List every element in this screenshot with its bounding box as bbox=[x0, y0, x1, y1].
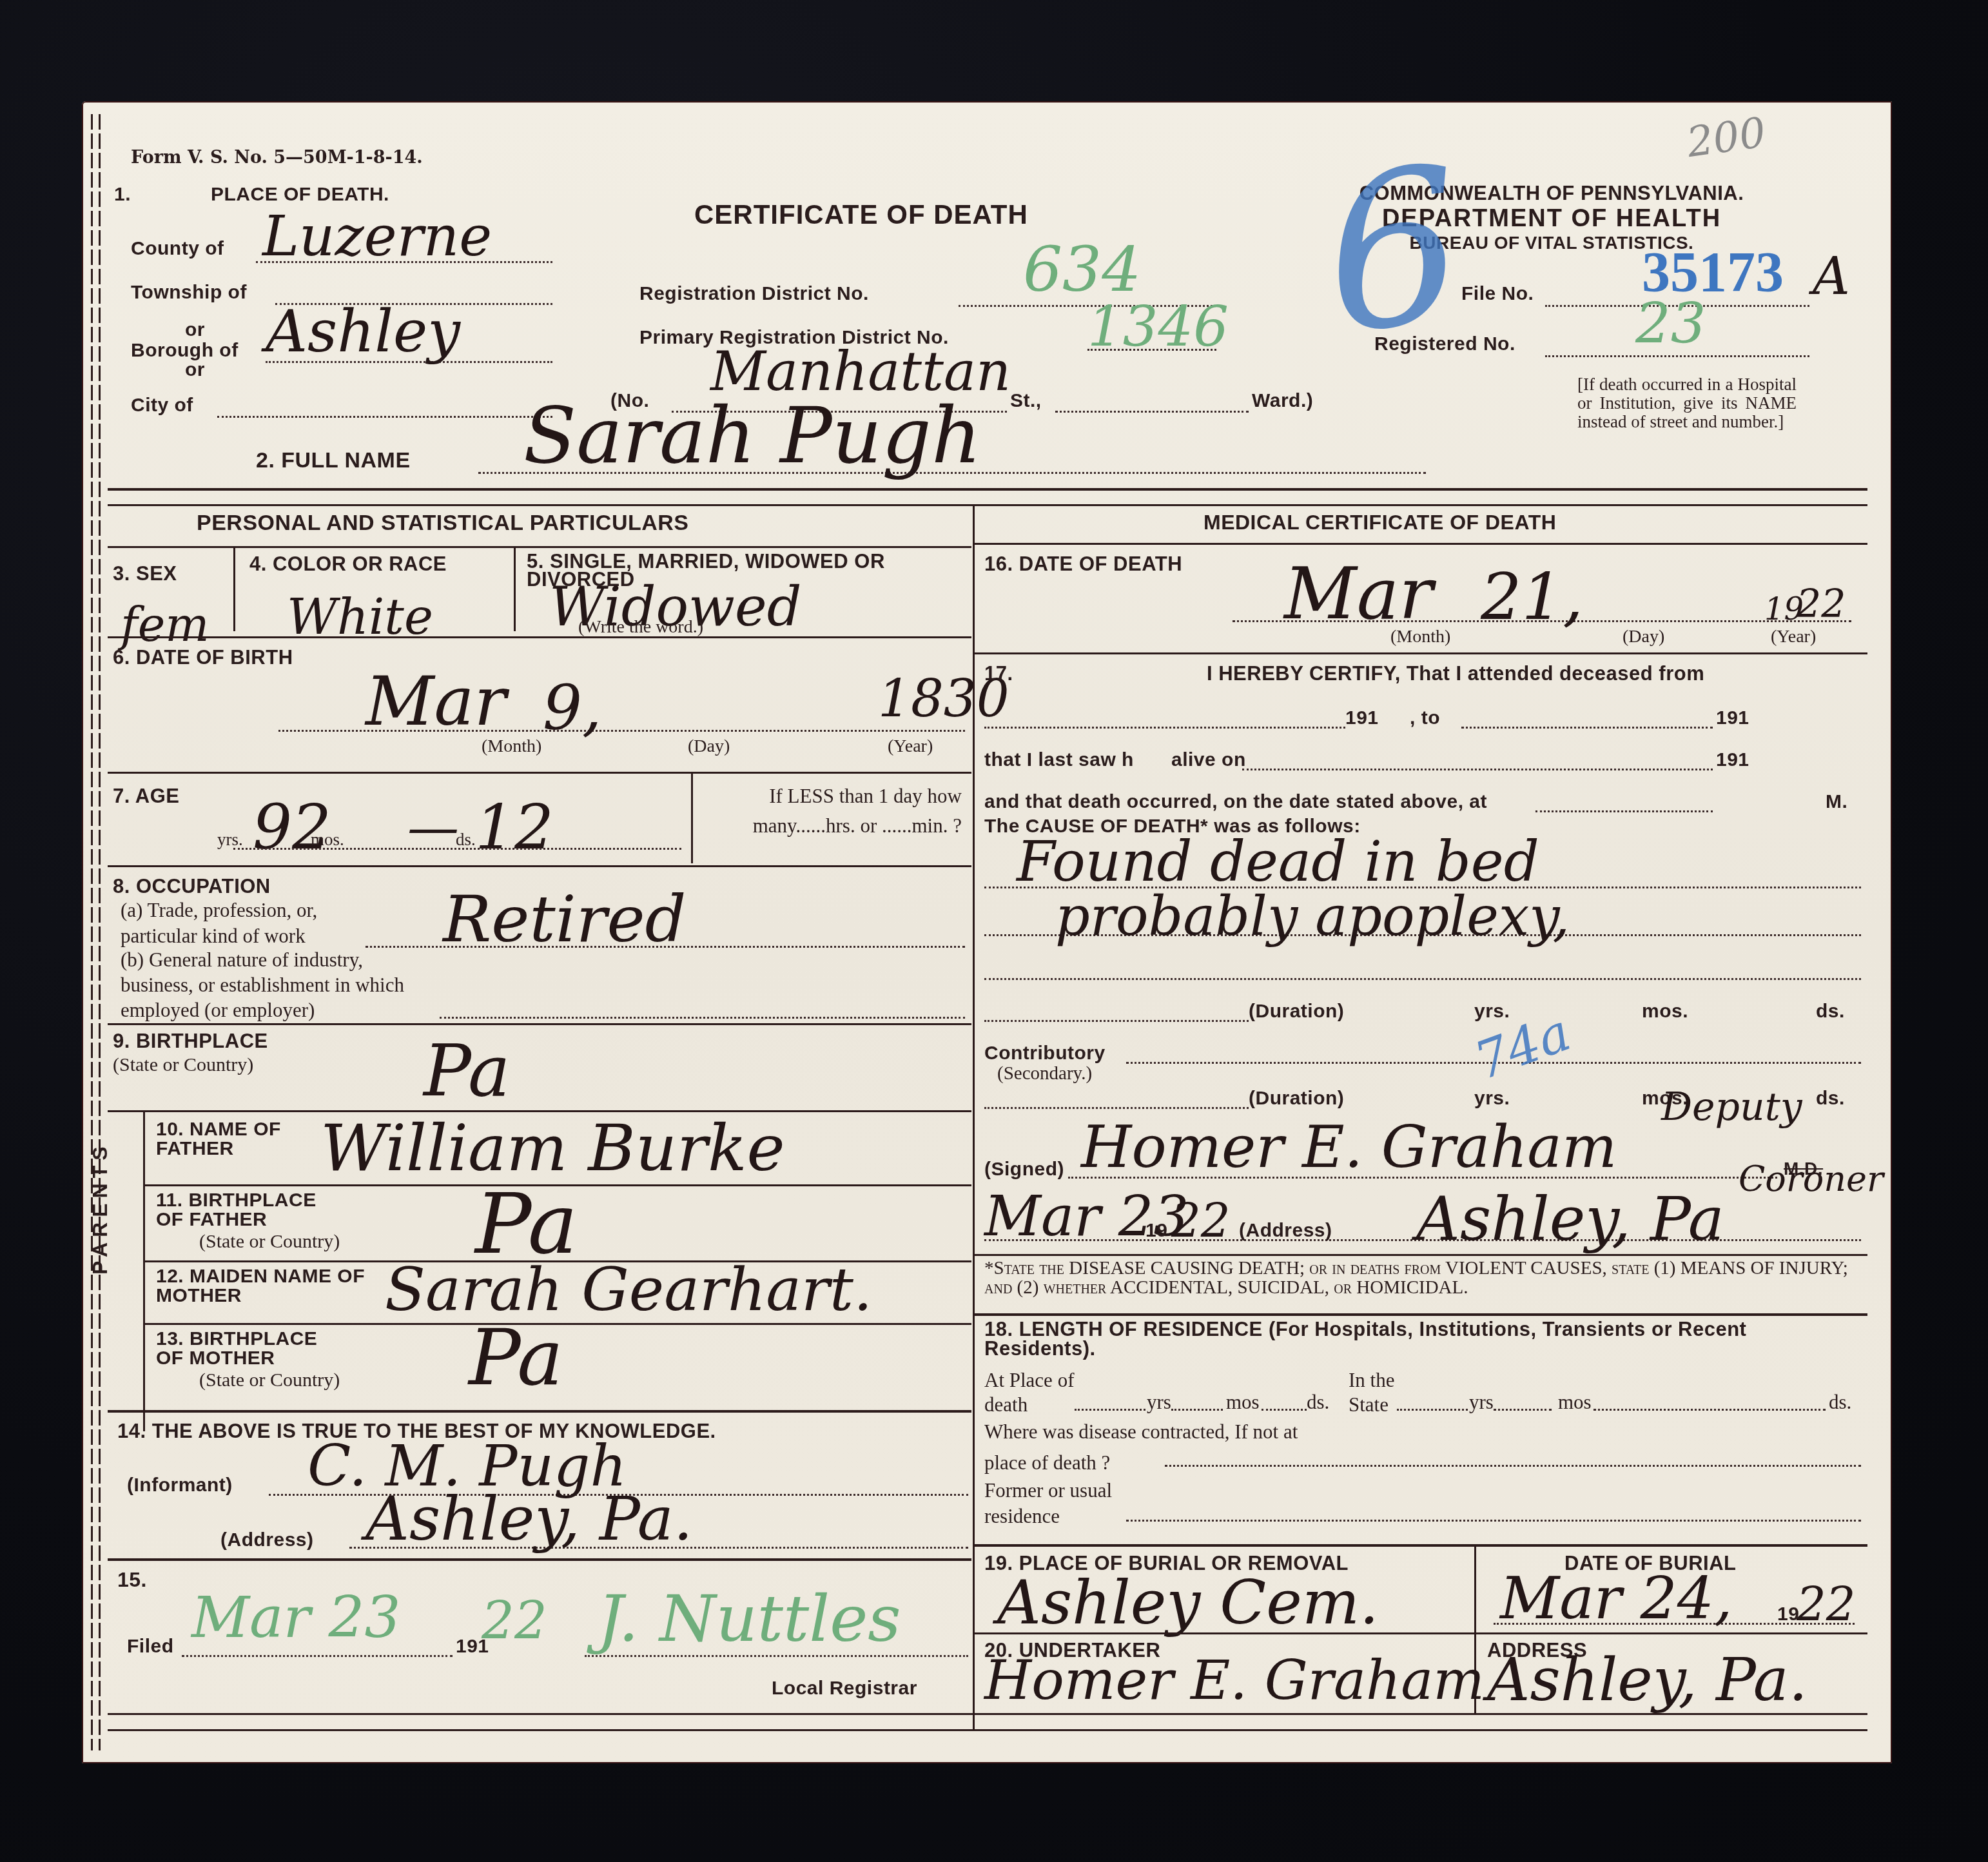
death-occurred-label: and that death occurred, on the date sta… bbox=[984, 791, 1487, 813]
filed-line bbox=[182, 1655, 453, 1657]
signed-year-prefix: 19 bbox=[1145, 1220, 1167, 1242]
age-mos-label: mos. bbox=[311, 830, 344, 850]
signed-year[interactable]: 22 bbox=[1171, 1194, 1231, 1248]
dod-day-caption: (Day) bbox=[1623, 627, 1664, 647]
birthplace-label: 9. BIRTHPLACE bbox=[113, 1030, 268, 1053]
certificate-title: CERTIFICATE OF DEATH bbox=[694, 199, 1028, 230]
father-name-label: 10. NAME OF FATHER bbox=[156, 1120, 336, 1159]
at-place-label: At Place of death bbox=[984, 1368, 1087, 1417]
birthplace-value[interactable]: Pa bbox=[424, 1030, 511, 1112]
registrar-signature[interactable]: J. Nuttles bbox=[598, 1581, 901, 1656]
city-label: City of bbox=[131, 395, 193, 416]
dob-day[interactable]: 9, bbox=[543, 672, 602, 744]
age-ds-label: ds. bbox=[456, 830, 476, 850]
filed-label: Filed bbox=[127, 1636, 174, 1658]
full-name-label: 2. FULL NAME bbox=[256, 448, 411, 473]
duration-yrs-1: yrs. bbox=[1474, 1001, 1510, 1023]
last-saw-label: that I last saw h bbox=[984, 749, 1134, 771]
burial-year[interactable]: 22 bbox=[1797, 1578, 1856, 1632]
rule-residence bbox=[975, 1544, 1867, 1547]
attended-to-year: 191 bbox=[1716, 707, 1749, 729]
age-ds-value[interactable]: 12 bbox=[475, 791, 554, 863]
certify-text: I HEREBY CERTIFY, That I attended deceas… bbox=[1207, 662, 1704, 685]
dob-year-caption: (Year) bbox=[888, 736, 933, 757]
file-no-suffix: A bbox=[1813, 246, 1850, 306]
contracted-label: Where was disease contracted, If not at … bbox=[984, 1416, 1320, 1478]
undertaker-address-value[interactable]: Ashley, Pa. bbox=[1487, 1645, 1808, 1714]
mother-maiden-label: 12. MAIDEN NAME OF MOTHER bbox=[156, 1267, 375, 1306]
at-place-yrs-line bbox=[1075, 1409, 1145, 1411]
residence-heading: 18. LENGTH OF RESIDENCE (For Hospitals, … bbox=[984, 1320, 1861, 1358]
title-note-coroner: Coroner bbox=[1739, 1159, 1884, 1199]
attended-from-year: 191 bbox=[1345, 707, 1379, 729]
cause-line-3 bbox=[984, 978, 1861, 980]
margin-rule-right bbox=[99, 114, 101, 1750]
signed-address-label: (Address) bbox=[1239, 1220, 1332, 1242]
margin-rule-left bbox=[91, 114, 93, 1750]
duration-line-1 bbox=[984, 1020, 1249, 1022]
parents-side-label: PARENTS bbox=[88, 1141, 112, 1275]
dob-label: 6. DATE OF BIRTH bbox=[113, 646, 293, 669]
signed-label: (Signed) bbox=[984, 1159, 1064, 1181]
ward-label: Ward.) bbox=[1252, 390, 1313, 412]
contributory-label: Contributory bbox=[984, 1043, 1106, 1064]
death-certificate: Form V. S. No. 5—50M-1-8-14. 1. PLACE OF… bbox=[82, 101, 1892, 1763]
rule-sex bbox=[108, 636, 971, 638]
mother-birthplace-label: 13. BIRTHPLACE OF MOTHER bbox=[156, 1329, 349, 1368]
in-state-yrs: yrs bbox=[1469, 1391, 1494, 1414]
occupation-b-label: (b) General nature of industry, business… bbox=[121, 947, 440, 1023]
rule-dob bbox=[108, 772, 971, 774]
in-state-yrs-line bbox=[1397, 1409, 1468, 1411]
hospital-note: [If death occurred in a Hospital or Inst… bbox=[1577, 375, 1797, 431]
rule-age bbox=[108, 865, 971, 867]
registered-no-label: Registered No. bbox=[1374, 333, 1515, 355]
dod-month[interactable]: Mar bbox=[1284, 553, 1433, 635]
rule-footnote bbox=[975, 1313, 1867, 1316]
occupation-b-line bbox=[440, 1017, 965, 1019]
at-place-mos: mos bbox=[1226, 1391, 1260, 1414]
secondary-label: (Secondary.) bbox=[997, 1063, 1092, 1084]
at-place-mos-line bbox=[1171, 1409, 1223, 1411]
parents-divider bbox=[143, 1112, 145, 1431]
age-line bbox=[233, 848, 681, 850]
rule-dod bbox=[975, 652, 1867, 654]
former-residence-label: Former or usual residence bbox=[984, 1478, 1152, 1529]
attended-from-line bbox=[984, 727, 1345, 729]
attended-to-line bbox=[1461, 727, 1713, 729]
title-note-deputy: Deputy bbox=[1661, 1084, 1802, 1130]
former-residence-line bbox=[1126, 1520, 1861, 1522]
race-label: 4. COLOR OR RACE bbox=[249, 553, 447, 576]
burial-date-value[interactable]: Mar 24, bbox=[1500, 1565, 1733, 1632]
divider-age bbox=[691, 773, 693, 863]
rule-signed bbox=[975, 1254, 1867, 1256]
registrar-label: Local Registrar bbox=[772, 1678, 917, 1700]
undertaker-value[interactable]: Homer E. Graham bbox=[984, 1649, 1485, 1712]
certify-number: 17. bbox=[984, 662, 1013, 685]
dod-label: 16. DATE OF DEATH bbox=[984, 553, 1182, 576]
in-state-mos-line bbox=[1494, 1409, 1552, 1411]
place-of-death-number: 1. bbox=[114, 184, 131, 206]
dod-year-caption: (Year) bbox=[1771, 627, 1816, 647]
in-state-ds-line bbox=[1593, 1409, 1826, 1411]
sex-value[interactable]: fem bbox=[121, 598, 210, 652]
primary-district-value[interactable]: 1346 bbox=[1087, 295, 1229, 359]
rule-parents-bottom bbox=[108, 1410, 971, 1413]
township-label: Township of bbox=[131, 282, 247, 304]
occupation-value[interactable]: Retired bbox=[443, 881, 687, 957]
dod-day[interactable]: 21, bbox=[1481, 559, 1583, 634]
cause-footnote: *State the DISEASE CAUSING DEATH; or in … bbox=[984, 1259, 1861, 1297]
informant-label: (Informant) bbox=[127, 1475, 233, 1496]
duration-yrs-2: yrs. bbox=[1474, 1088, 1510, 1110]
rule-informant bbox=[108, 1558, 971, 1561]
medical-heading: MEDICAL CERTIFICATE OF DEATH bbox=[1204, 511, 1556, 534]
filing-number: 15. bbox=[117, 1568, 147, 1592]
alive-on-line bbox=[1242, 769, 1713, 770]
place-of-death-heading: PLACE OF DEATH. bbox=[211, 184, 389, 206]
county-label: County of bbox=[131, 238, 224, 260]
mother-birthplace-hint: (State or Country) bbox=[199, 1369, 340, 1391]
duration-label-1: (Duration) bbox=[1249, 1001, 1344, 1023]
city-line bbox=[217, 416, 552, 418]
less-than-day-note: If LESS than 1 day how many......hrs. or… bbox=[704, 781, 962, 841]
contracted-line bbox=[1165, 1465, 1861, 1467]
duration-mos-1: mos. bbox=[1642, 1001, 1688, 1023]
duration-ds-1: ds. bbox=[1816, 1001, 1845, 1023]
dob-day-caption: (Day) bbox=[688, 736, 730, 757]
ward-line bbox=[1055, 411, 1249, 413]
age-label: 7. AGE bbox=[113, 785, 180, 808]
marital-hint: (Write the word.) bbox=[578, 617, 703, 638]
rule-medical bbox=[975, 543, 1867, 545]
signed-value[interactable]: Homer E. Graham bbox=[1081, 1113, 1617, 1181]
rule-bottom-2 bbox=[108, 1729, 1867, 1731]
father-birthplace-label: 11. BIRTHPLACE OF FATHER bbox=[156, 1191, 349, 1230]
borough-label: Borough of bbox=[131, 340, 239, 362]
registration-district-label: Registration District No. bbox=[639, 283, 869, 305]
divider-sex bbox=[233, 547, 235, 631]
personal-heading: PERSONAL AND STATISTICAL PARTICULARS bbox=[197, 511, 689, 536]
mother-maiden-value[interactable]: Sarah Gearhart. bbox=[385, 1255, 872, 1324]
rule-personal bbox=[108, 546, 971, 548]
divider-race bbox=[514, 547, 516, 631]
burial-place-value[interactable]: Ashley Cem. bbox=[997, 1568, 1379, 1638]
full-name-value[interactable]: Sarah Pugh bbox=[523, 391, 981, 481]
or-label-1: or bbox=[185, 319, 205, 341]
age-yrs-label: yrs. bbox=[217, 830, 243, 850]
informant-address-value[interactable]: Ashley, Pa. bbox=[365, 1484, 693, 1554]
registered-no-value[interactable]: 23 bbox=[1635, 291, 1706, 356]
duration-line-2 bbox=[984, 1107, 1249, 1109]
dod-month-caption: (Month) bbox=[1390, 627, 1450, 647]
duration-ds-2: ds. bbox=[1816, 1088, 1845, 1110]
filed-value[interactable]: Mar 23 bbox=[191, 1584, 401, 1651]
filed-year-value[interactable]: 22 bbox=[482, 1591, 547, 1651]
in-state-ds: ds. bbox=[1829, 1391, 1851, 1414]
at-place-ds: ds. bbox=[1307, 1391, 1329, 1414]
signed-address-value[interactable]: Ashley, Pa bbox=[1416, 1184, 1724, 1255]
in-state-mos: mos bbox=[1558, 1391, 1592, 1414]
attended-to-label: , to bbox=[1410, 707, 1440, 729]
mother-birthplace-value[interactable]: Pa bbox=[469, 1313, 563, 1403]
borough-value[interactable]: Ashley bbox=[266, 298, 460, 366]
pencil-note: 200 bbox=[1684, 109, 1768, 167]
sex-label: 3. SEX bbox=[113, 562, 177, 585]
dob-month-caption: (Month) bbox=[482, 736, 541, 757]
alive-on-year: 191 bbox=[1716, 749, 1749, 771]
at-place-yrs: yrs bbox=[1147, 1391, 1171, 1414]
death-time-line bbox=[1535, 810, 1713, 812]
birthplace-hint: (State or Country) bbox=[113, 1054, 253, 1076]
or-label-2: or bbox=[185, 359, 205, 381]
informant-address-label: (Address) bbox=[220, 1529, 314, 1551]
rule-top-1 bbox=[108, 488, 1867, 491]
alive-on-label: alive on bbox=[1171, 749, 1246, 771]
duration-label-2: (Duration) bbox=[1249, 1088, 1344, 1110]
file-no-label: File No. bbox=[1461, 283, 1534, 305]
rule-burial bbox=[975, 1632, 1867, 1634]
m-label: M. bbox=[1826, 791, 1847, 813]
st-label: St., bbox=[1010, 390, 1042, 412]
father-birthplace-hint: (State or Country) bbox=[199, 1231, 340, 1253]
at-place-ds-line bbox=[1262, 1409, 1307, 1411]
rule-occupation bbox=[108, 1023, 971, 1025]
dob-month[interactable]: Mar bbox=[365, 662, 506, 741]
cause-line-2-value[interactable]: probably apoplexy, bbox=[1055, 885, 1570, 948]
occupation-a-label: (a) Trade, profession, or, particular ki… bbox=[121, 897, 375, 949]
county-value[interactable]: Luzerne bbox=[262, 204, 492, 269]
rule-top-2 bbox=[108, 504, 1867, 506]
age-yrs-value[interactable]: 92 bbox=[253, 791, 331, 863]
dod-year[interactable]: 22 bbox=[1797, 582, 1846, 627]
form-number: Form V. S. No. 5—50M-1-8-14. bbox=[131, 148, 423, 168]
occupation-label: 8. OCCUPATION bbox=[113, 875, 271, 898]
